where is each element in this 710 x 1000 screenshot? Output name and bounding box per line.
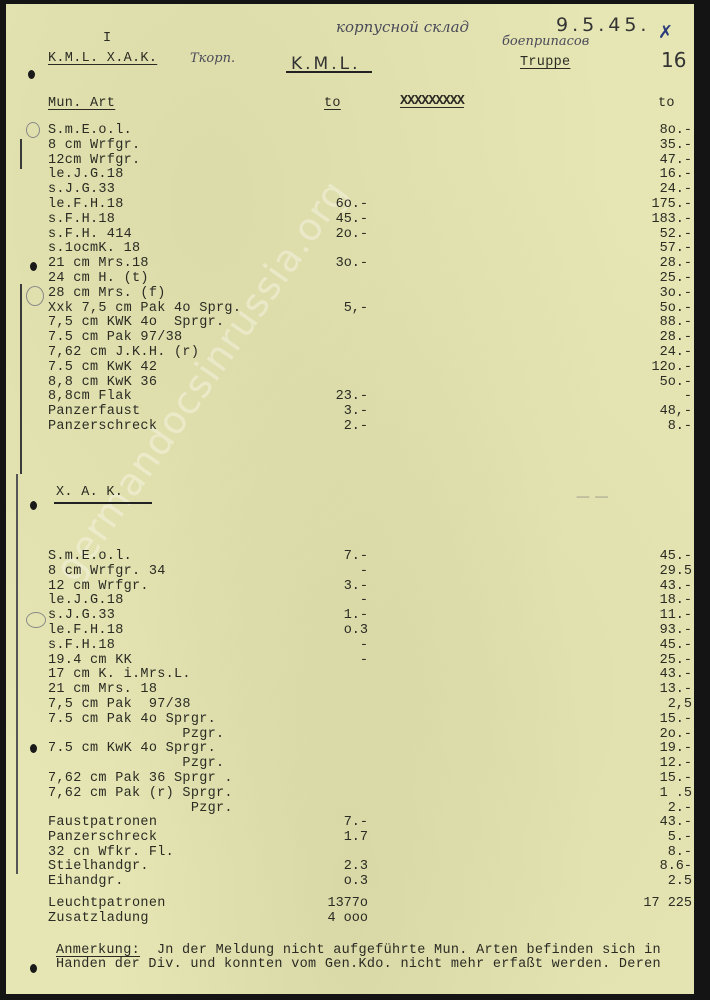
row-kml-value: 23.- (306, 390, 368, 404)
row-art: Panzerschreck (48, 420, 157, 434)
center-heading-underline (286, 71, 372, 73)
row-truppe-value: 11.- (606, 609, 692, 623)
row-truppe-value: 12o.- (606, 361, 692, 375)
col-struck-label: XXXXXXXXX (400, 95, 464, 109)
row-kml-value: 2o.- (306, 228, 368, 242)
row-truppe-value: 52.- (606, 228, 692, 242)
row-kml-value: 2.- (306, 420, 368, 434)
row-kml-value: - (306, 565, 368, 579)
row-art: le.J.G.18 (48, 594, 124, 608)
row-truppe-value: 57.- (606, 242, 692, 256)
punch-hole (30, 964, 37, 973)
row-truppe-value: 1 .5 (606, 787, 692, 801)
row-art: Panzerfaust (48, 405, 140, 419)
handwritten-left: Ткорп. (190, 51, 235, 66)
row-truppe-value: 35.- (606, 139, 692, 153)
margin-mark (20, 284, 22, 474)
punch-hole (30, 744, 37, 753)
stamp-ring (26, 122, 40, 138)
row-kml-value: - (306, 594, 368, 608)
row-art: s.F.H. 414 (48, 228, 132, 242)
row-art: Xxk 7,5 cm Pak 4o Sprg. (48, 302, 241, 316)
row-art: Pzgr. (48, 728, 224, 742)
row-truppe-value: 93.- (606, 624, 692, 638)
row-art: 7,62 cm Pak 36 Sprgr . (48, 772, 233, 786)
row-art: S.m.E.o.l. (48, 124, 132, 138)
note-label: Anmerkung: (56, 943, 140, 958)
stamp-ring (26, 612, 46, 628)
row-truppe-value: 5o.- (606, 302, 692, 316)
row-kml-value: 3.- (306, 580, 368, 594)
row-truppe-value: 18.- (606, 594, 692, 608)
row-art: 12 cm Wrfgr. (48, 580, 149, 594)
row-kml-value: - (306, 639, 368, 653)
left-heading: K.M.L. X.A.K. (48, 52, 157, 66)
row-art: 21 cm Mrs.18 (48, 257, 149, 271)
row-art: 7.5 cm KwK 42 (48, 361, 157, 375)
row-art: 19.4 cm KK (48, 654, 132, 668)
row-art: Stielhandgr. (48, 860, 149, 874)
row-truppe-value: 47.- (606, 154, 692, 168)
row-truppe-value: - (606, 390, 692, 404)
roman-numeral: I (103, 32, 111, 46)
row-truppe-value: 5o.- (606, 376, 692, 390)
row-art: Panzerschreck (48, 831, 157, 845)
row-truppe-value: 24.- (606, 183, 692, 197)
row-truppe-value: 16.- (606, 168, 692, 182)
margin-mark (20, 139, 22, 169)
row-art: Pzgr. (48, 802, 233, 816)
handwritten-note: корпусной склад (336, 18, 469, 36)
row-art: s.F.H.18 (48, 213, 115, 227)
col-kml-to: to (324, 97, 341, 111)
row-art: 17 cm K. i.Mrs.L. (48, 668, 191, 682)
row-art: 24 cm H. (t) (48, 272, 149, 286)
row-truppe-value: 2,5 (606, 698, 692, 712)
row-art: s.J.G.33 (48, 183, 115, 197)
row-truppe-value: 29.5 (606, 565, 692, 579)
punch-hole (30, 501, 37, 510)
row-art: 8,8cm Flak (48, 390, 132, 404)
row-art: 7.5 cm Pak 4o Sprgr. (48, 713, 216, 727)
row-art: 21 cm Mrs. 18 (48, 683, 157, 697)
row-truppe-value: 25.- (606, 272, 692, 286)
row-art: s.1ocmK. 18 (48, 242, 140, 256)
row-truppe-value: 19.- (606, 742, 692, 756)
row-art: 7,5 cm Pak 97/38 (48, 698, 191, 712)
note-text-1: Jn der Meldung nicht aufgeführte Mun. Ar… (140, 943, 661, 958)
row-kml-value: 6o.- (306, 198, 368, 212)
row-kml-value: 1.7 (306, 831, 368, 845)
row-truppe-value: 43.- (606, 668, 692, 682)
row-art: Leuchtpatronen (48, 897, 166, 911)
row-kml-value: o.3 (306, 624, 368, 638)
row-kml-value: 4 ooo (306, 912, 368, 926)
row-truppe-value: 8.- (606, 846, 692, 860)
row-truppe-value: 2.5 (606, 875, 692, 889)
row-truppe-value: 48,- (606, 405, 692, 419)
document-date: 9.5.45. (556, 14, 650, 36)
document-page: germandocsinrussia.org корпусной склад б… (6, 4, 694, 994)
row-art: Pzgr. (48, 757, 224, 771)
row-truppe-value: 88.- (606, 316, 692, 330)
row-truppe-value: 2o.- (606, 728, 692, 742)
note-text-2: Handen der Div. und konnten vom Gen.Kdo.… (56, 958, 661, 972)
row-art: 7,62 cm J.K.H. (r) (48, 346, 199, 360)
row-art: 32 cn Wfkr. Fl. (48, 846, 174, 860)
row-kml-value: o.3 (306, 875, 368, 889)
row-art: Eihandgr. (48, 875, 124, 889)
row-truppe-value: 12.- (606, 757, 692, 771)
row-kml-value: 5,- (306, 302, 368, 316)
row-kml-value: 2.3 (306, 860, 368, 874)
row-art: S.m.E.o.l. (48, 550, 132, 564)
row-truppe-value: 2.- (606, 802, 692, 816)
row-kml-value: 7.- (306, 816, 368, 830)
row-truppe-value: 8.6- (606, 860, 692, 874)
margin-mark (16, 474, 18, 874)
row-art: 7,62 cm Pak (r) Sprgr. (48, 787, 233, 801)
row-truppe-value: 43.- (606, 580, 692, 594)
row-art: 7.5 cm Pak 97/38 (48, 331, 182, 345)
row-art: 8,8 cm KwK 36 (48, 376, 157, 390)
row-truppe-value: 43.- (606, 816, 692, 830)
page-number: 16 (661, 48, 686, 72)
row-art: le.J.G.18 (48, 168, 124, 182)
row-kml-value: 3.- (306, 405, 368, 419)
row-art: s.J.G.33 (48, 609, 115, 623)
row-kml-value: 7.- (306, 550, 368, 564)
row-truppe-value: 15.- (606, 772, 692, 786)
row-truppe-value: 25.- (606, 654, 692, 668)
row-art: 8 cm Wrfgr. (48, 139, 140, 153)
row-truppe-value: 28.- (606, 331, 692, 345)
col-mun-art: Mun. Art (48, 97, 115, 111)
row-art: 7.5 cm KwK 4o Sprgr. (48, 742, 216, 756)
stamp-ring (26, 286, 44, 306)
row-kml-value: 45.- (306, 213, 368, 227)
row-art: 28 cm Mrs. (f) (48, 287, 166, 301)
row-truppe-value: 8o.- (606, 124, 692, 138)
row-truppe-value: 3o.- (606, 287, 692, 301)
row-art: Zusatzladung (48, 912, 149, 926)
col-truppe-to: to (658, 97, 675, 111)
punch-hole (30, 262, 37, 271)
row-truppe-value: 183.- (606, 213, 692, 227)
section-xak-heading: X. A. K. (56, 486, 123, 500)
row-truppe-value: 175.- (606, 198, 692, 212)
row-art: 8 cm Wrfgr. 34 (48, 565, 166, 579)
row-art: s.F.H.18 (48, 639, 115, 653)
row-truppe-value: 13.- (606, 683, 692, 697)
row-truppe-value: 15.- (606, 713, 692, 727)
row-truppe-value: 45.- (606, 550, 692, 564)
row-art: 7,5 cm KWK 4o Sprgr. (48, 316, 224, 330)
row-art: 12cm Wrfgr. (48, 154, 140, 168)
row-kml-value: - (306, 654, 368, 668)
row-kml-value: 1377o (306, 897, 368, 911)
note-line-1: Anmerkung: Jn der Meldung nicht aufgefüh… (56, 944, 661, 958)
row-truppe-value: 24.- (606, 346, 692, 360)
row-art: le.F.H.18 (48, 624, 124, 638)
punch-hole (28, 70, 35, 79)
strike-mark: ✗ (658, 22, 673, 43)
faded-mark: — — (576, 489, 608, 505)
row-truppe-value: 8.- (606, 420, 692, 434)
row-truppe-value: 28.- (606, 257, 692, 271)
row-truppe-value: 45.- (606, 639, 692, 653)
row-truppe-value: 5.- (606, 831, 692, 845)
handwritten-note-2: боеприпасов (502, 34, 589, 49)
section-xak-underline (54, 502, 152, 504)
row-truppe-value: 17 225 (606, 897, 692, 911)
row-art: le.F.H.18 (48, 198, 124, 212)
right-heading: Truppe (520, 56, 570, 70)
row-kml-value: 1.- (306, 609, 368, 623)
row-kml-value: 3o.- (306, 257, 368, 271)
row-art: Faustpatronen (48, 816, 157, 830)
